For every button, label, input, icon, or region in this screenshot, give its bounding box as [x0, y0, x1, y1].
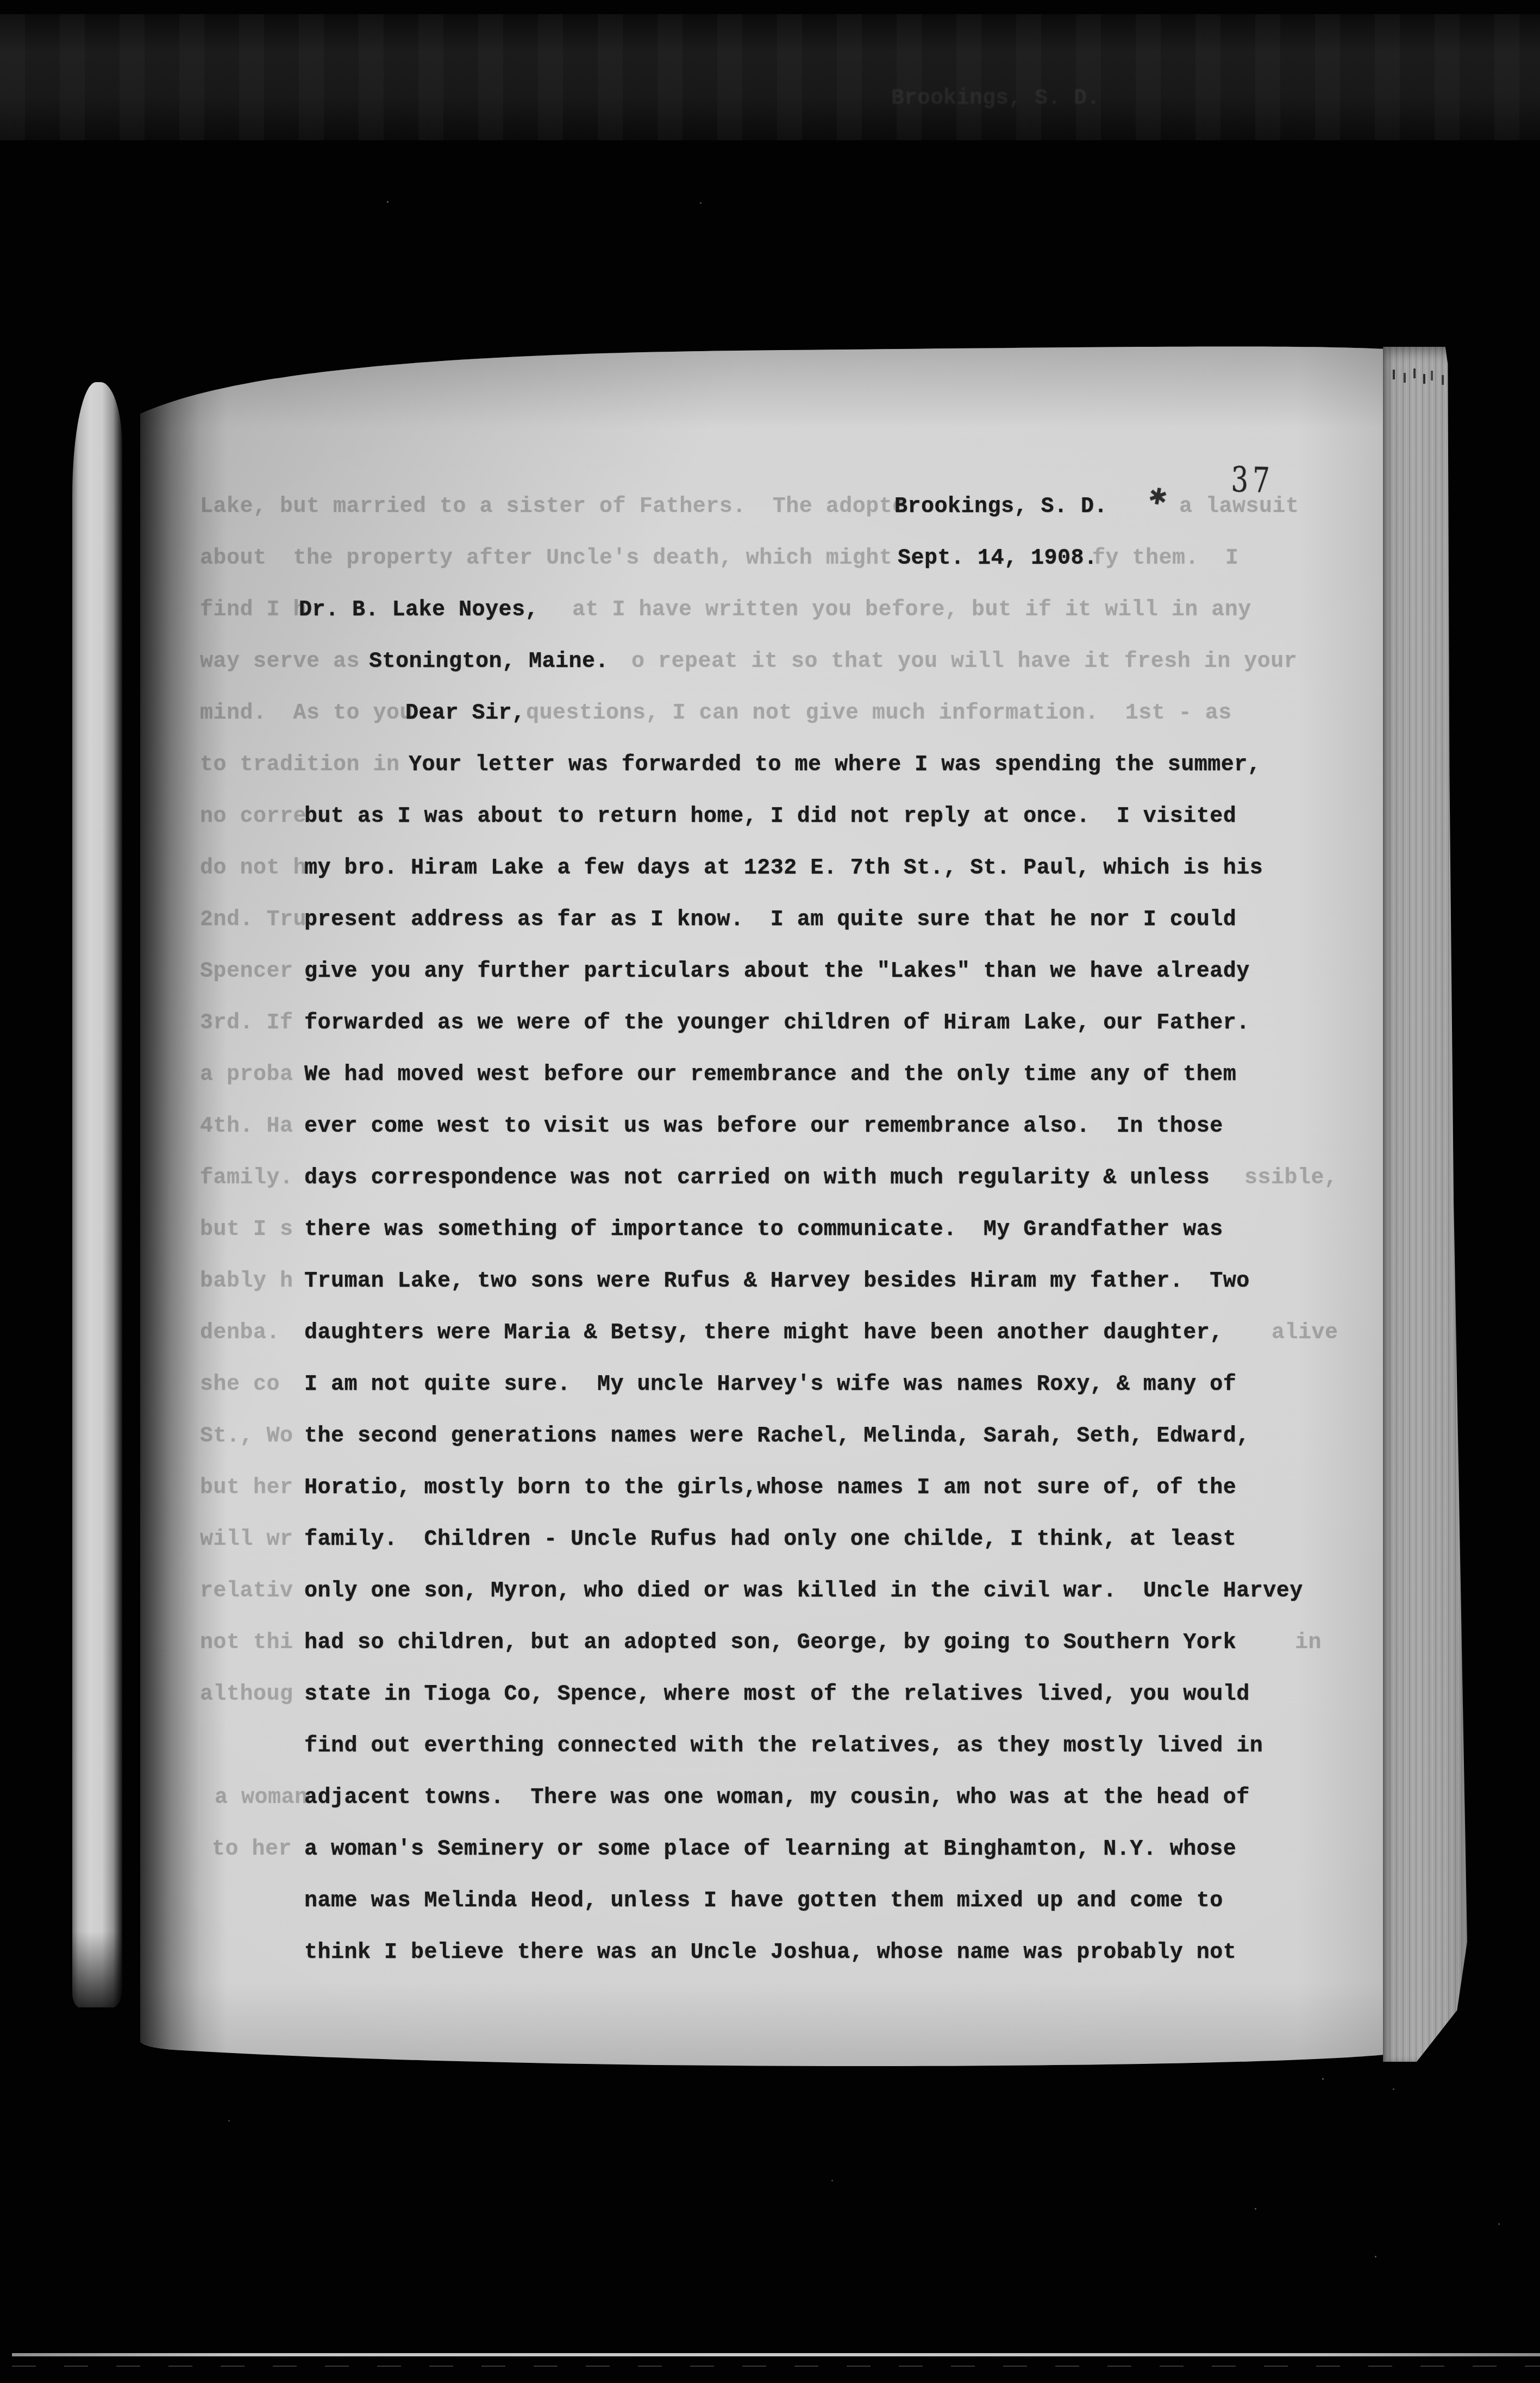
bleedthrough-fragment: St., Wo: [200, 1424, 293, 1449]
bleedthrough-fragment: mind. As to you: [200, 701, 413, 726]
reflection-ghost-text: Brookings, S. D.: [891, 87, 1100, 111]
recipient-name-line: Dr. B. Lake Noyes,: [299, 598, 539, 623]
letter-body-line: give you any further particulars about t…: [304, 959, 1250, 984]
bleedthrough-fragment: at I have written you before, but if it …: [572, 598, 1251, 623]
page-number: 37: [1231, 460, 1274, 501]
bleedthrough-fragment: Spencer: [200, 959, 293, 984]
letter-body-line: ever come west to visit us was before ou…: [304, 1114, 1223, 1139]
recipient-address-line: Stonington, Maine.: [369, 650, 609, 675]
bleedthrough-fragment: not thi: [200, 1631, 293, 1656]
letter-body-line: but as I was about to return home, I did…: [304, 804, 1236, 829]
letter-body-line: days correspondence was not carried on w…: [304, 1166, 1210, 1191]
bleedthrough-fragment: questions, I can not give much informati…: [526, 701, 1232, 726]
letter-body-line: I am not quite sure. My uncle Harvey's w…: [304, 1373, 1236, 1398]
bleedthrough-fragment: alive: [1272, 1321, 1338, 1346]
letter-body-line: a woman's Seminery or some place of lear…: [304, 1837, 1236, 1862]
dust-specks: [387, 201, 389, 203]
bleedthrough-fragment: about the property after Uncle's death, …: [200, 546, 892, 571]
salutation-line: Dear Sir,: [405, 701, 525, 726]
bleedthrough-fragment: ssible,: [1244, 1166, 1338, 1191]
bleedthrough-fragment: a woman: [215, 1786, 308, 1811]
book-fore-edge: [1383, 347, 1467, 2062]
letter-date-line: Sept. 14, 1908.: [898, 546, 1098, 571]
letter-place-line: Brookings, S. D.: [894, 495, 1107, 520]
bleedthrough-fragment: 4th. Ha: [200, 1114, 293, 1139]
letter-body-line: had so children, but an adopted son, Geo…: [304, 1631, 1236, 1656]
letter-body-line: Truman Lake, two sons were Rufus & Harve…: [304, 1269, 1250, 1294]
bleedthrough-fragment: way serve as: [200, 650, 360, 675]
bleedthrough-fragment: denba.: [200, 1321, 280, 1346]
bleedthrough-fragment: 3rd. If: [200, 1011, 293, 1036]
bleedthrough-fragment: in: [1295, 1631, 1322, 1656]
bleedthrough-fragment: fy them. I: [1092, 546, 1239, 571]
film-frame-line-secondary: [12, 2366, 1540, 2367]
letter-body-line: family. Children - Uncle Rufus had only …: [304, 1527, 1236, 1552]
film-frame-line: [12, 2353, 1540, 2356]
letter-body-line: present address as far as I know. I am q…: [304, 908, 1236, 933]
letter-body-line: Horatio, mostly born to the girls,whose …: [304, 1476, 1236, 1501]
film-artifact-band: [0, 14, 1540, 140]
fore-edge-marks: [1393, 370, 1395, 379]
letter-body-line: forwarded as we were of the younger chil…: [304, 1011, 1250, 1036]
letter-body-line: think I believe there was an Uncle Joshu…: [304, 1941, 1236, 1966]
book-left-page-edge: [72, 382, 122, 2007]
bleedthrough-fragment: Lake, but married to a sister of Fathers…: [200, 495, 906, 520]
bleedthrough-fragment: to her: [212, 1837, 292, 1862]
bleedthrough-fragment: find I h: [200, 598, 306, 623]
bleedthrough-fragment: but I s: [200, 1218, 293, 1243]
bleedthrough-fragment: no corre: [200, 804, 306, 829]
bleedthrough-fragment: o repeat it so that you will have it fre…: [631, 650, 1297, 675]
letter-body-line: name was Melinda Heod, unless I have got…: [304, 1889, 1223, 1914]
bleedthrough-fragment: althoug: [200, 1682, 293, 1707]
letter-body-line: state in Tioga Co, Spence, where most of…: [304, 1682, 1250, 1707]
letter-page: Lake, but married to a sister of Fathers…: [140, 342, 1385, 2068]
bleedthrough-fragment: a proba: [200, 1063, 293, 1088]
letter-body-line: my bro. Hiram Lake a few days at 1232 E.…: [304, 856, 1263, 881]
letter-body-line: there was something of importance to com…: [304, 1218, 1223, 1243]
bleedthrough-fragment: 2nd. Tru: [200, 908, 306, 933]
scanned-letter-photograph: Brookings, S. D. Lake, but married to a …: [0, 0, 1540, 2383]
bleedthrough-fragment: she co: [200, 1373, 280, 1398]
bleedthrough-fragment: will wr: [200, 1527, 293, 1552]
letter-body-line: adjacent towns. There was one woman, my …: [304, 1786, 1250, 1811]
letter-body-line: only one son, Myron, who died or was kil…: [304, 1579, 1303, 1604]
letter-body-line: daughters were Maria & Betsy, there migh…: [304, 1321, 1223, 1346]
bleedthrough-fragment: bably h: [200, 1269, 293, 1294]
bleedthrough-fragment: relativ: [200, 1579, 293, 1604]
bleedthrough-fragment: but her: [200, 1476, 293, 1501]
bleedthrough-fragment: to tradition in: [200, 753, 400, 778]
letter-body-line: We had moved west before our remembrance…: [304, 1063, 1236, 1088]
letter-body-line: Your letter was forwarded to me where I …: [409, 753, 1261, 778]
bleedthrough-fragment: do not h: [200, 856, 306, 881]
letter-body-line: the second generations names were Rachel…: [304, 1424, 1250, 1449]
bleedthrough-fragment: family.: [200, 1166, 293, 1191]
letter-body-line: find out everthing connected with the re…: [304, 1734, 1263, 1759]
